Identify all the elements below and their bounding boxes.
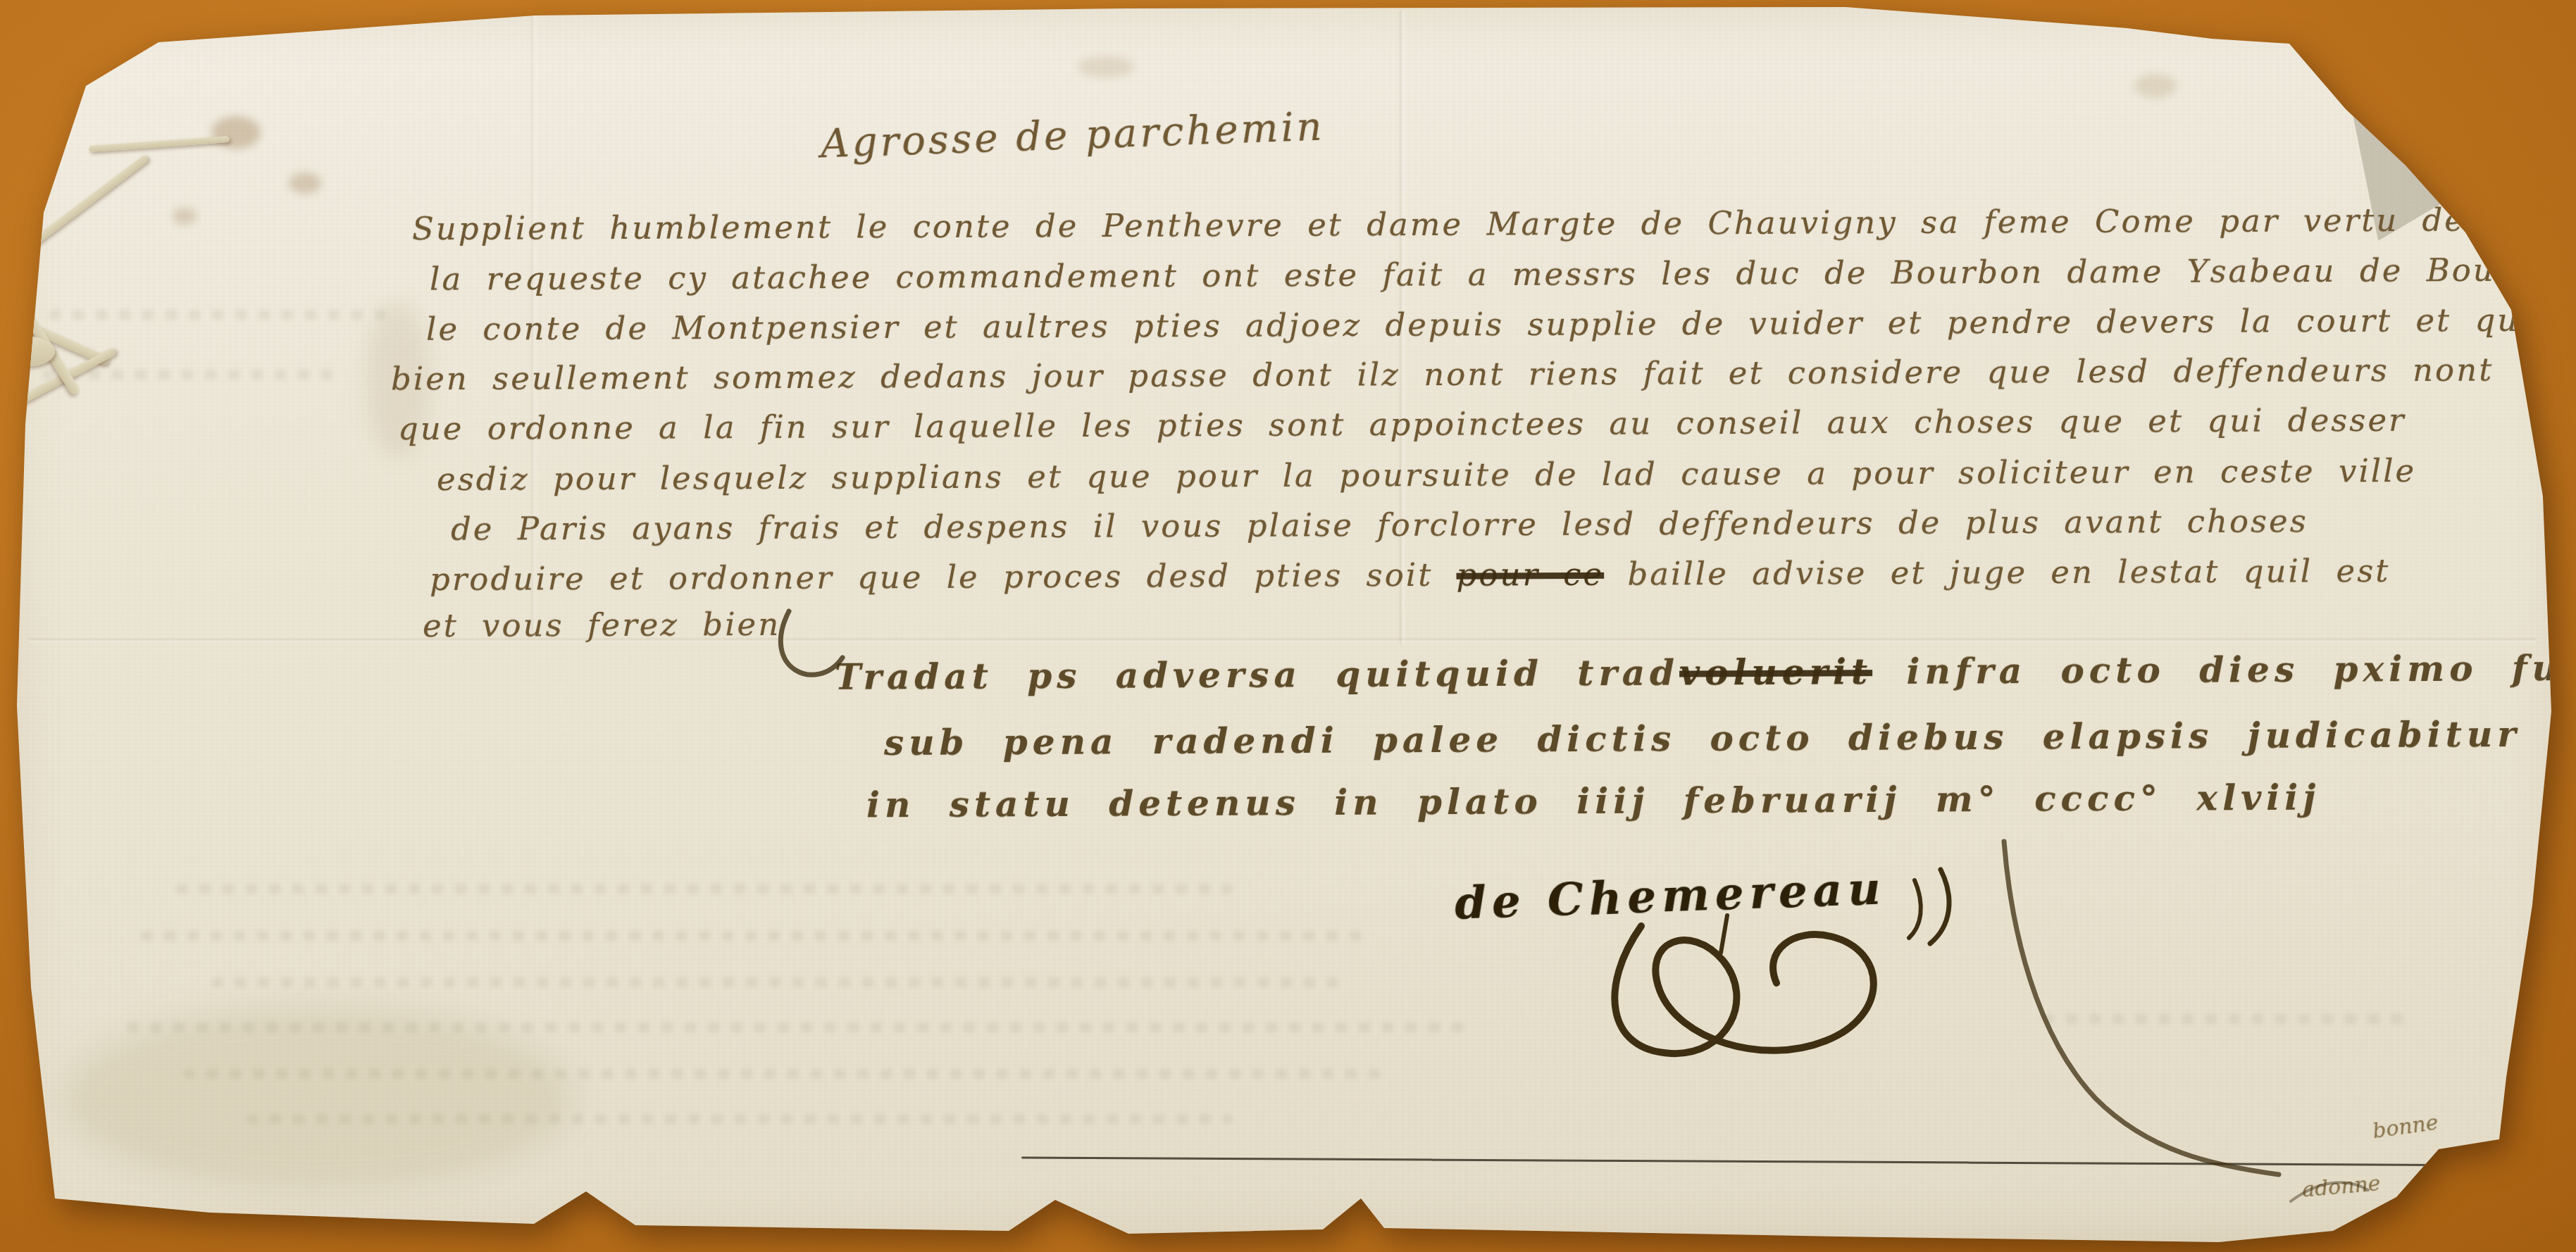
petition-line-9: et vous ferez bien: [423, 606, 780, 644]
stain: [2134, 74, 2177, 98]
stain: [1078, 56, 1134, 77]
ghost-text-band: [183, 1069, 1381, 1079]
photo-background: Agrosse de parchemin Supplient humblemen…: [0, 0, 2576, 1252]
ghost-text-band: [176, 884, 1233, 894]
ghost-text-band: [127, 1022, 1465, 1032]
latin-line-1-pre: Tradat ps adversa quitquid trad: [835, 652, 1679, 698]
ghost-text-band: [141, 931, 1374, 941]
binding-thread-knot: [4, 337, 55, 366]
petition-line-8-post: baille advise et juge en lestat quil est: [1604, 552, 2390, 593]
stain: [63, 1007, 571, 1190]
paper-shadow: Agrosse de parchemin Supplient humblemen…: [0, 0, 2576, 1252]
stain: [289, 173, 321, 194]
stain: [173, 208, 197, 225]
ghost-text-band: [211, 977, 1338, 987]
fold-crease: [28, 637, 2536, 644]
paper-sheet: Agrosse de parchemin Supplient humblemen…: [0, 0, 2576, 1252]
ghost-text-band: [2043, 1014, 2409, 1024]
stain: [211, 116, 261, 149]
ghost-text-band: [247, 1114, 1233, 1124]
strikethrough-word: voluerit: [1679, 651, 1872, 693]
latin-line-1-post: infra octo dies pximo futuris: [1872, 646, 2576, 692]
petition-line-8-pre: produire et ordonner que le proces desd …: [430, 556, 1457, 598]
ghost-text-band: [42, 370, 345, 380]
latin-order-line-3: in statu detenus in plato iiij februarij…: [866, 777, 2321, 826]
strikethrough-word: pour ce: [1456, 556, 1604, 594]
ghost-text-band: [49, 310, 387, 320]
